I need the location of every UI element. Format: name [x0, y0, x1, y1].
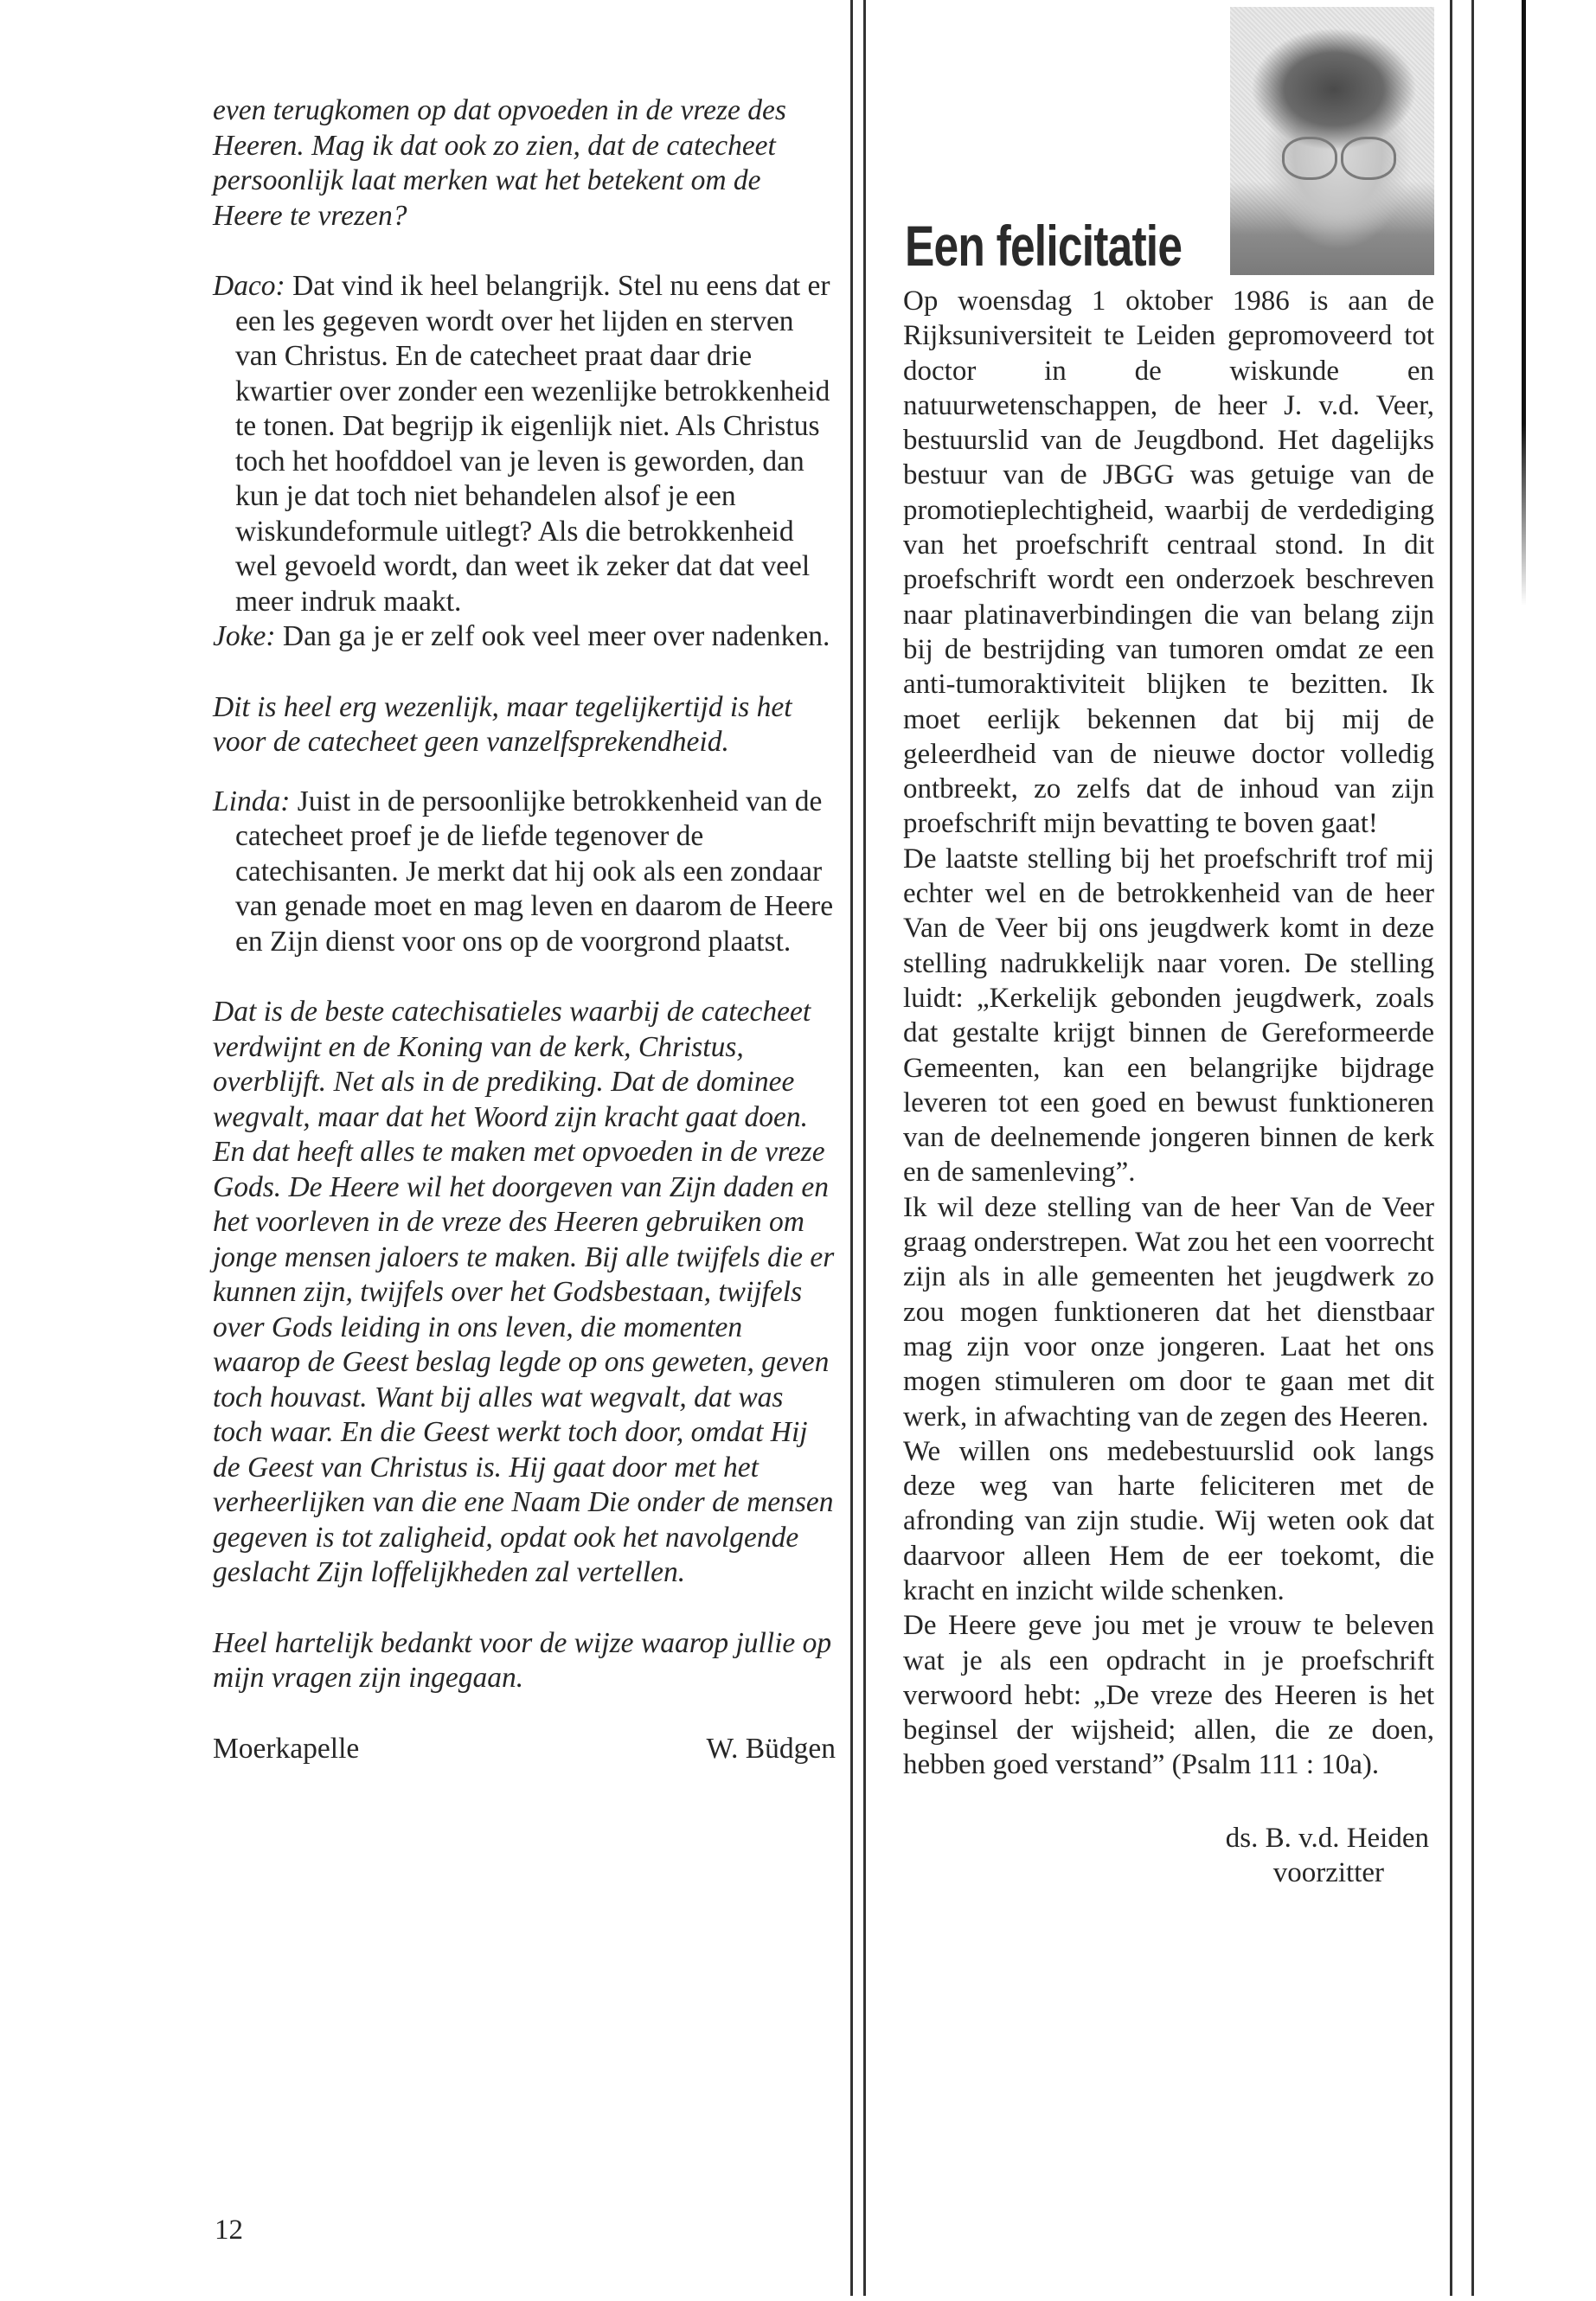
- answer-joke-text: Dan ga je er zelf ook veel meer over nad…: [276, 620, 830, 652]
- glasses-lens-left: [1282, 137, 1337, 180]
- article-paragraph: De laatste stelling bij het proefschrift…: [903, 842, 1434, 1190]
- article-paragraph: De Heere geve jou met je vrouw te beleve…: [903, 1608, 1434, 1782]
- byline-place: Moerkapelle: [213, 1732, 359, 1767]
- answer-joke: Joke: Dan ga je er zelf ook veel meer ov…: [213, 619, 836, 655]
- portrait-photo: [1230, 7, 1434, 275]
- answer-linda-text: Juist in de persoonlijke betrokkenheid v…: [235, 785, 833, 958]
- column-rule-left-outer: [850, 0, 853, 2296]
- column-rule-right-outer: [1471, 0, 1474, 2296]
- page-edge-rule: [1522, 0, 1526, 606]
- column-rule-left-inner: [863, 0, 866, 2296]
- byline: Moerkapelle W. Büdgen: [213, 1732, 836, 1767]
- interview-column: even terugkomen op dat opvoeden in de vr…: [213, 93, 836, 1766]
- article-paragraph: Ik wil deze stelling van de heer Van de …: [903, 1190, 1434, 1434]
- speaker-joke: Joke:: [213, 620, 276, 652]
- signature-name: ds. B. v.d. Heiden: [1226, 1823, 1429, 1854]
- page-number: 12: [215, 2214, 243, 2247]
- byline-author: W. Büdgen: [706, 1732, 836, 1767]
- interviewer-question-2: Dit is heel erg wezenlijk, maar tegelijk…: [213, 690, 836, 760]
- answer-daco-text: Dat vind ik heel belangrijk. Stel nu een…: [235, 270, 830, 618]
- column-rule-right-inner: [1450, 0, 1452, 2296]
- answer-daco: Daco: Dat vind ik heel belangrijk. Stel …: [213, 269, 836, 619]
- interviewer-reflection: Dat is de beste catechisatieles waarbij …: [213, 995, 836, 1591]
- speaker-linda: Linda:: [213, 785, 290, 817]
- interviewer-question-1: even terugkomen op dat opvoeden in de vr…: [213, 93, 836, 234]
- article-title: Een felicitatie: [905, 213, 1182, 279]
- article-header: Een felicitatie: [903, 0, 1434, 284]
- article-paragraph: We willen ons medebestuurslid ook langs …: [903, 1434, 1434, 1608]
- congratulation-column: Een felicitatie Op woensdag 1 oktober 19…: [903, 0, 1434, 1890]
- signature-role: voorzitter: [903, 1856, 1429, 1890]
- glasses-lens-right: [1341, 137, 1396, 180]
- article-body: Op woensdag 1 oktober 1986 is aan de Rij…: [903, 284, 1434, 1783]
- answer-linda: Linda: Juist in de persoonlijke betrokke…: [213, 785, 836, 960]
- article-paragraph: Op woensdag 1 oktober 1986 is aan de Rij…: [903, 284, 1434, 842]
- interviewer-thanks: Heel hartelijk bedankt voor de wijze waa…: [213, 1626, 836, 1696]
- speaker-daco: Daco:: [213, 270, 285, 302]
- article-signature: ds. B. v.d. Heiden voorzitter: [903, 1821, 1434, 1890]
